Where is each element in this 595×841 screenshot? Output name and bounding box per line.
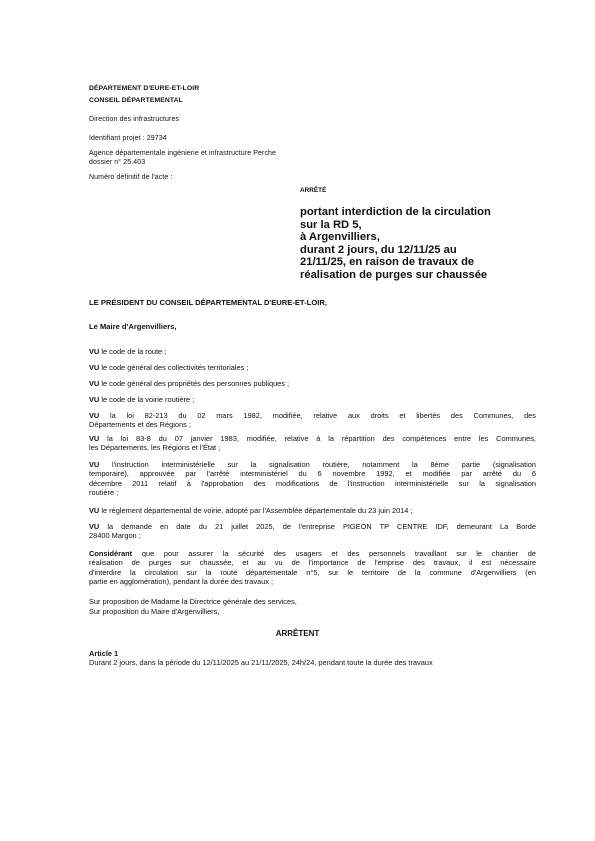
vu-paragraph: VU la loi 83-8 du 07 janvier 1983, modif… — [89, 434, 536, 453]
considering-text: que pour assurer la sécurité des usagers… — [132, 549, 536, 558]
title-line: durant 2 jours, du 12/11/25 au — [300, 244, 530, 257]
agency-line: Agence départementale ingénierie et infr… — [89, 149, 276, 158]
article-1-title: Article 1 — [89, 649, 118, 658]
file-number: dossier n° 25.403 — [89, 158, 145, 167]
vu-paragraph: VU la demande en date du 21 juillet 2025… — [89, 522, 536, 541]
vu-line: VU la loi 82-213 du 02 mars 1982, modifi… — [89, 411, 536, 420]
project-id: Identifiant projet : 29734 — [89, 134, 167, 143]
vu-paragraph: VU le règlement départemental de voirie,… — [89, 506, 536, 515]
arretent-heading: ARRÊTENT — [0, 629, 595, 638]
vu-line: routière ; — [89, 488, 536, 497]
vu-line: VU le règlement départemental de voirie,… — [89, 506, 536, 515]
vu-line: VU la demande en date du 21 juillet 2025… — [89, 522, 536, 531]
vu-line: Départements et des Régions ; — [89, 420, 536, 429]
considering-text: d'interdire la circulation sur la route … — [89, 568, 536, 577]
arrete-label: ARRÊTÉ — [300, 186, 326, 195]
title-line: 21/11/25, en raison de travaux de — [300, 256, 530, 269]
mayor-heading: Le Maire d'Argenvilliers, — [89, 322, 176, 331]
vu-paragraph: VU la loi 82-213 du 02 mars 1982, modifi… — [89, 411, 536, 430]
vu-paragraph: VU le code général des collectivités ter… — [89, 363, 536, 372]
department-name: DÉPARTEMENT D'EURE-ET-LOIR — [89, 84, 199, 93]
considering-lead: Considérant — [89, 549, 132, 558]
title-line: à Argenvilliers, — [300, 231, 530, 244]
council-name: CONSEIL DÉPARTEMENTAL — [89, 96, 183, 105]
vu-paragraph: VU le code général des propriétés des pe… — [89, 379, 536, 388]
vu-line: temporaire), approuvée par l'arrêté inte… — [89, 469, 536, 478]
vu-line: VU le code de la route ; — [89, 347, 536, 356]
vu-line: VU l'instruction interministérielle sur … — [89, 460, 536, 469]
vu-paragraph: VU le code de la voirie routière ; — [89, 395, 536, 404]
vu-line: VU le code de la voirie routière ; — [89, 395, 536, 404]
considering-text: partie en agglomération), pendant la dur… — [89, 577, 536, 586]
proposal-line: Sur proposition de Madame la Directrice … — [89, 597, 297, 606]
direction-name: Direction des infrastructures — [89, 115, 179, 124]
vu-line: VU la loi 83-8 du 07 janvier 1983, modif… — [89, 434, 536, 443]
decree-title: portant interdiction de la circulation s… — [300, 206, 530, 282]
title-line: sur la RD 5, — [300, 219, 530, 232]
title-line: portant interdiction de la circulation — [300, 206, 530, 219]
vu-paragraph: VU le code de la route ; — [89, 347, 536, 356]
vu-paragraph: VU l'instruction interministérielle sur … — [89, 460, 536, 497]
title-line: réalisation de purges sur chaussée — [300, 269, 530, 282]
vu-line: 28400 Margon ; — [89, 531, 536, 540]
act-number: Numéro définitif de l'acte : — [89, 173, 173, 182]
vu-line: VU le code général des propriétés des pe… — [89, 379, 536, 388]
proposal-line: Sur proposition du Maire d'Argenvilliers… — [89, 607, 219, 616]
considering-text: réalisation de purges sur chaussée, et a… — [89, 558, 536, 567]
president-heading: LE PRÉSIDENT DU CONSEIL DÉPARTEMENTAL D'… — [89, 298, 327, 307]
vu-line: les Départements, les Régions et l'État … — [89, 443, 536, 452]
article-1-text: Durant 2 jours, dans la période du 12/11… — [89, 658, 433, 667]
vu-line: VU le code général des collectivités ter… — [89, 363, 536, 372]
considering-paragraph: Considérant que pour assurer la sécurité… — [89, 549, 536, 586]
vu-line: décembre 2011 relatif à l'approbation de… — [89, 479, 536, 488]
